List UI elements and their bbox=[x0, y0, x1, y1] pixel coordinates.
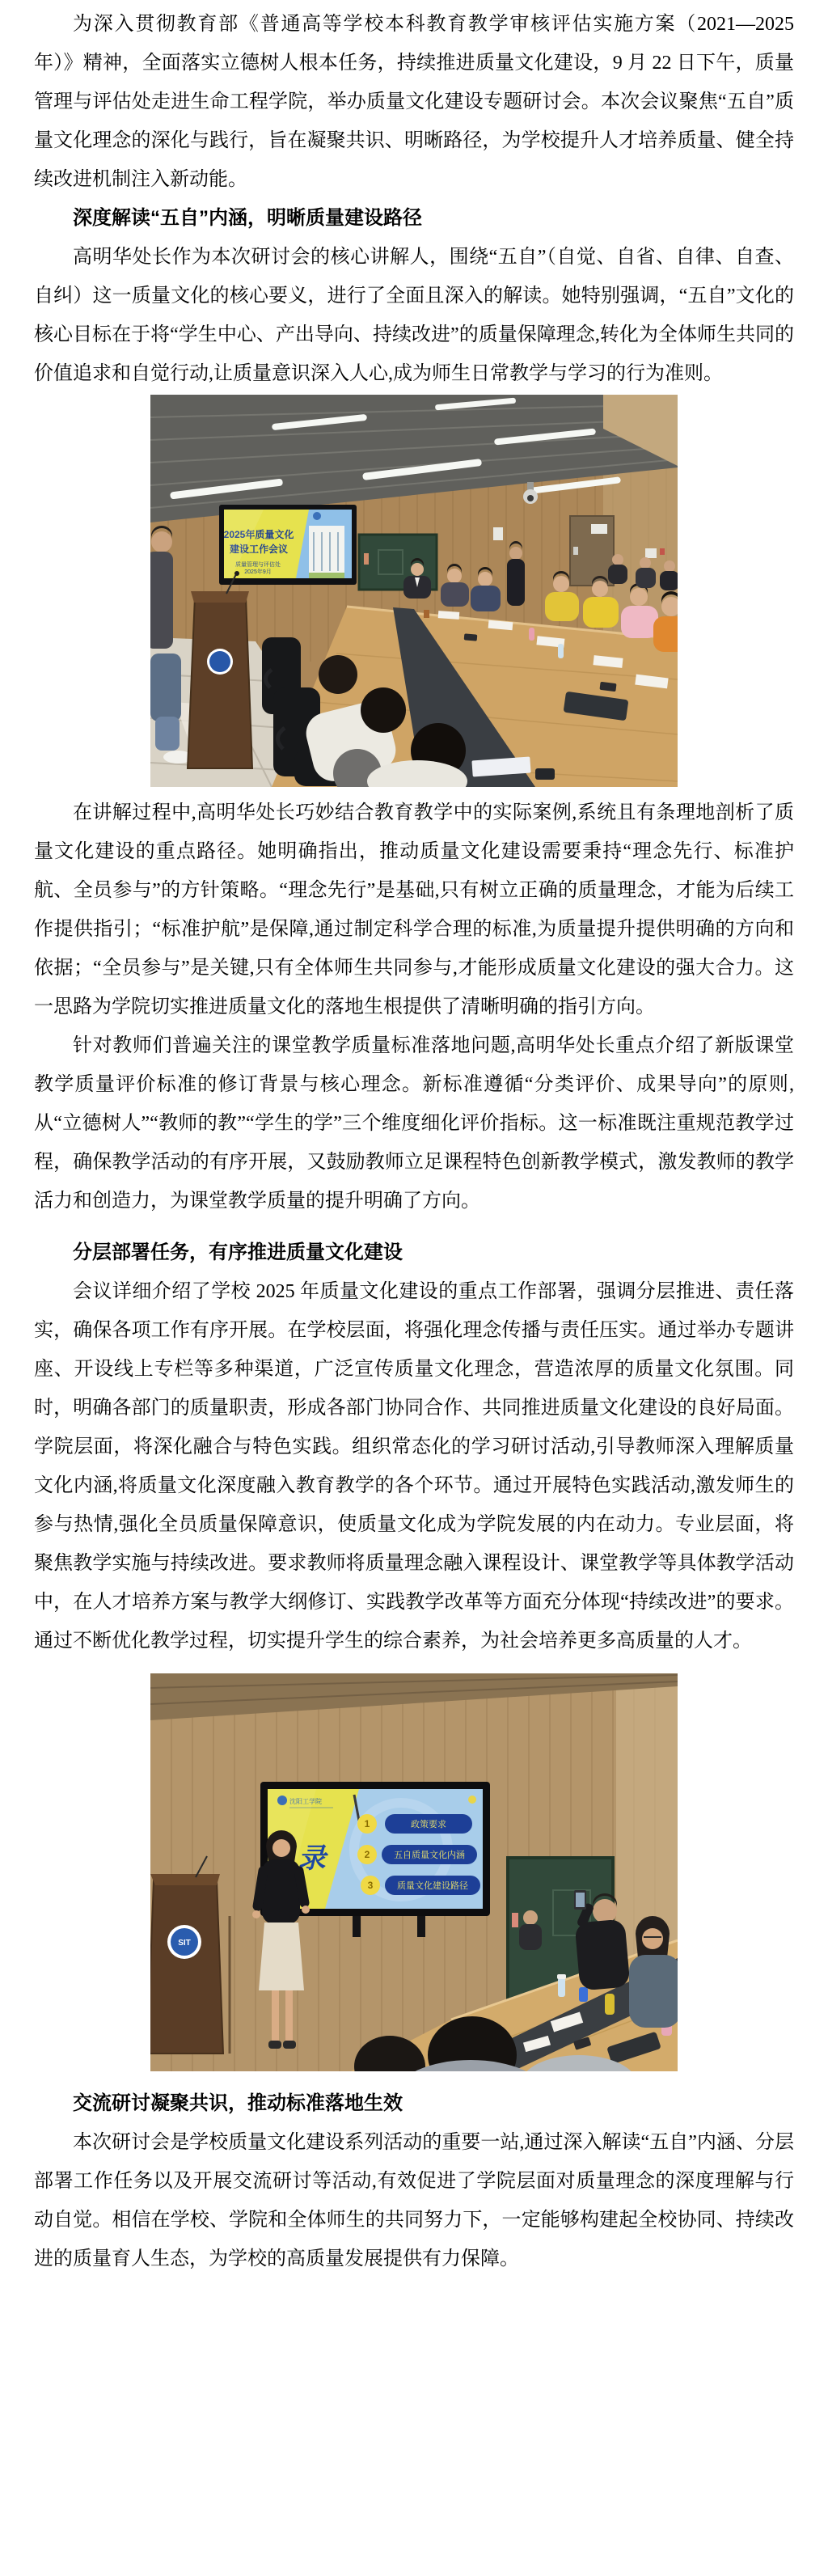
podium bbox=[188, 571, 252, 768]
presenter-scene: 沈阳工学院 目 录 1 政策要求 2 五自质量文化内涵 bbox=[150, 1673, 678, 2071]
article-body: 为深入贯彻教育部《普通高等学校本科教育教学审核评估实施方案（2021—2025 … bbox=[0, 0, 828, 2278]
door bbox=[570, 516, 614, 586]
slide-subtitle-line1: 质量管理与评估处 bbox=[235, 560, 281, 568]
section-heading-3: 交流研讨凝聚共识，推动标准落地生效 bbox=[34, 2084, 794, 2123]
photo-presenter: 沈阳工学院 目 录 1 政策要求 2 五自质量文化内涵 bbox=[34, 1673, 794, 2071]
standing-attendee-2 bbox=[150, 526, 173, 649]
paragraph-deployment: 会议详细介绍了学校 2025 年质量文化建设的重点工作部署，强调分层推进、责任落… bbox=[34, 1272, 794, 1660]
paragraph-speaker-intro: 高明华处长作为本次研讨会的核心讲解人，围绕“五自”（自觉、自省、自律、自查、自纠… bbox=[34, 238, 794, 393]
tv-screen: 2025年质量文化 建设工作会议 质量管理与评估处 2025年9月 bbox=[219, 505, 357, 585]
section-heading-2: 分层部署任务，有序推进质量文化建设 bbox=[34, 1233, 794, 1272]
agenda-item-number: 1 bbox=[365, 1818, 370, 1829]
paragraph-standards: 针对教师们普遍关注的课堂教学质量标准落地问题,高明华处长重点介绍了新版课堂教学质… bbox=[34, 1026, 794, 1220]
paragraph-path-analysis: 在讲解过程中,高明华处长巧妙结合教育教学中的实际案例,系统且有条理地剖析了质量文… bbox=[34, 793, 794, 1026]
agenda-item-number: 3 bbox=[368, 1880, 374, 1891]
agenda-item-label: 政策要求 bbox=[411, 1818, 446, 1829]
agenda-item-number: 2 bbox=[365, 1849, 370, 1860]
paragraph-conclusion: 本次研讨会是学校质量文化建设系列活动的重要一站,通过深入解读“五自”内涵、分层部… bbox=[34, 2123, 794, 2278]
photo-meeting-room: 2025年质量文化 建设工作会议 质量管理与评估处 2025年9月 bbox=[34, 395, 794, 787]
meeting-room-scene: 2025年质量文化 建设工作会议 质量管理与评估处 2025年9月 bbox=[150, 395, 678, 787]
section-heading-1: 深度解读“五自”内涵，明晰质量建设路径 bbox=[34, 199, 794, 238]
college-logo: SIT bbox=[178, 1939, 191, 1948]
podium: SIT bbox=[150, 1856, 223, 2054]
slide-subtitle-line2: 2025年9月 bbox=[244, 568, 271, 575]
paragraph-intro: 为深入贯彻教育部《普通高等学校本科教育教学审核评估实施方案（2021—2025 … bbox=[34, 5, 794, 199]
agenda-item-label: 五自质量文化内涵 bbox=[394, 1849, 465, 1860]
agenda-item-label: 质量文化建设路径 bbox=[397, 1880, 468, 1891]
